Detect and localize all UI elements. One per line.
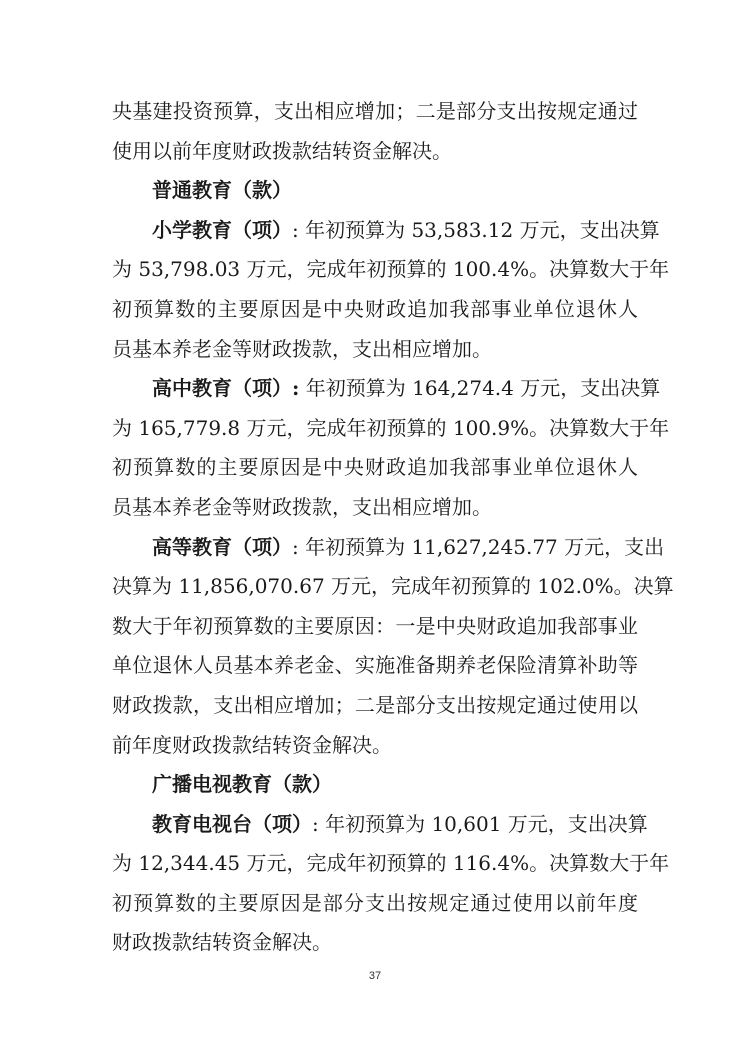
- item-text: 年初预算为 164,274.4 万元，支出决算: [299, 376, 660, 400]
- paragraph-line: 央基建投资预算，支出相应增加；二是部分支出按规定通过: [112, 92, 638, 132]
- paragraph-line: 初预算数的主要原因是中央财政追加我部事业单位退休人: [112, 290, 638, 330]
- paragraph-line: 员基本养老金等财政拨款，支出相应增加。: [112, 488, 638, 528]
- paragraph-line: 初预算数的主要原因是部分支出按规定通过使用以前年度: [112, 884, 638, 924]
- paragraph-line: 数大于年初预算数的主要原因：一是中央财政追加我部事业: [112, 607, 638, 647]
- item-text: : 年初预算为 11,627,245.77 万元，支出: [292, 535, 664, 559]
- item-title: 高中教育（项）:: [152, 376, 299, 400]
- section-heading-general-education: 普通教育（款）: [112, 171, 638, 211]
- item-primary-education: 小学教育（项）: 年初预算为 53,583.12 万元，支出决算: [112, 211, 638, 251]
- item-text: : 年初预算为 10,601 万元，支出决算: [312, 812, 648, 836]
- item-title: 高等教育（项）: [152, 535, 292, 559]
- item-text: : 年初预算为 53,583.12 万元，支出决算: [292, 218, 660, 242]
- paragraph-line: 决算为 11,856,070.67 万元，完成年初预算的 102.0%。决算: [112, 567, 638, 607]
- item-title: 教育电视台（项）: [152, 812, 312, 836]
- paragraph-line: 财政拨款结转资金解决。: [112, 923, 638, 963]
- document-page: 央基建投资预算，支出相应增加；二是部分支出按规定通过 使用以前年度财政拨款结转资…: [112, 92, 638, 963]
- paragraph-line: 单位退休人员基本养老金、实施准备期养老保险清算补助等: [112, 646, 638, 686]
- paragraph-line: 为 53,798.03 万元，完成年初预算的 100.4%。决算数大于年: [112, 250, 638, 290]
- paragraph-line: 财政拨款，支出相应增加；二是部分支出按规定通过使用以: [112, 686, 638, 726]
- item-high-school-education: 高中教育（项）: 年初预算为 164,274.4 万元，支出决算: [112, 369, 638, 409]
- item-title: 小学教育（项）: [152, 218, 292, 242]
- paragraph-line: 使用以前年度财政拨款结转资金解决。: [112, 132, 638, 172]
- paragraph-line: 员基本养老金等财政拨款，支出相应增加。: [112, 330, 638, 370]
- section-heading-broadcast-education: 广播电视教育（款）: [112, 765, 638, 805]
- paragraph-line: 为 12,344.45 万元，完成年初预算的 116.4%。决算数大于年: [112, 844, 638, 884]
- paragraph-line: 前年度财政拨款结转资金解决。: [112, 726, 638, 766]
- item-education-tv-station: 教育电视台（项）: 年初预算为 10,601 万元，支出决算: [112, 805, 638, 845]
- item-higher-education: 高等教育（项）: 年初预算为 11,627,245.77 万元，支出: [112, 528, 638, 568]
- page-number: 37: [0, 970, 750, 982]
- paragraph-line: 为 165,779.8 万元，完成年初预算的 100.9%。决算数大于年: [112, 409, 638, 449]
- paragraph-line: 初预算数的主要原因是中央财政追加我部事业单位退休人: [112, 448, 638, 488]
